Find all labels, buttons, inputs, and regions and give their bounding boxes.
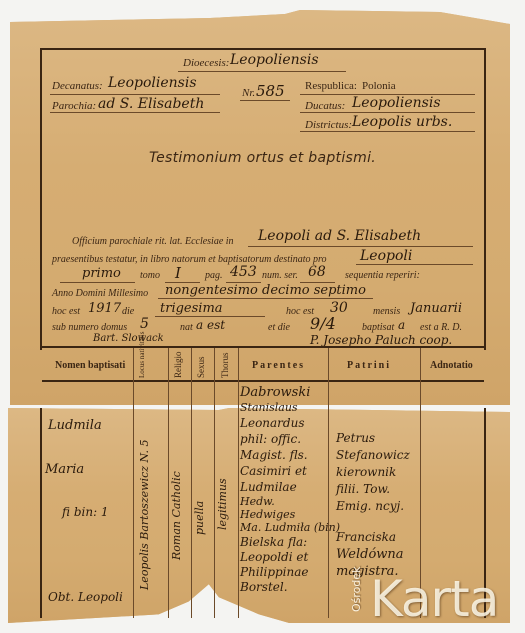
officium-label: Officium parochiale rit. lat. Ecclesiae … <box>72 236 234 247</box>
patrini-line: Stefanowicz <box>336 447 426 464</box>
patrini-line: Emig. ncyj. <box>336 498 426 515</box>
nomen-line-2: Maria <box>45 462 84 477</box>
parentes-line: Bielska fla: <box>240 535 330 550</box>
col-divider <box>238 348 239 618</box>
est-a-rd-label: est a R. D. <box>420 322 462 333</box>
watermark-karta: Karta <box>370 570 498 628</box>
patrini-cell: Petrus Stefanowicz kierownik filii. Tow.… <box>336 430 426 580</box>
col-divider <box>191 348 192 618</box>
table-header-rule <box>42 380 484 382</box>
praesentibus-label: praesentibus testatur, in libro natorum … <box>52 254 327 265</box>
parentes-line: Leopoldi et <box>240 550 330 565</box>
header-religio: Religio <box>173 352 183 379</box>
numser-value: 68 <box>308 264 326 280</box>
parochia-underline <box>50 112 220 113</box>
baptism-date-value: 9/4 <box>310 314 336 333</box>
liber-underline <box>60 282 135 283</box>
parentes-line: Magist. fls. <box>240 447 330 463</box>
sub-numero-label: sub numero domus <box>52 322 127 333</box>
parentes-line: Dabrowski <box>240 384 330 401</box>
col-divider <box>168 348 169 618</box>
number-label: Nr. <box>242 87 255 99</box>
die-label: die <box>122 306 134 317</box>
patrini-line: Franciska <box>336 529 426 546</box>
et-die-label: et die <box>268 322 290 333</box>
locus-value: Leopolis Bartoszewicz N. 5 <box>138 440 151 590</box>
districtus-value: Leopolis urbs. <box>352 114 452 130</box>
house-value: 5 <box>140 316 149 332</box>
parentes-cell: Dabrowski Stanislaus Leonardus phil: off… <box>240 384 330 595</box>
day-underline <box>155 316 265 317</box>
year-value: 1917 <box>88 301 121 316</box>
baptisat-label: baptisat <box>362 322 394 333</box>
destinato-underline <box>356 264 473 265</box>
header-parentes: Parentes <box>252 360 305 371</box>
col-divider <box>133 348 134 618</box>
tomo-label: tomo <box>140 270 160 281</box>
parentes-line: Hedwiges <box>240 508 330 521</box>
dioecesis-underline <box>178 71 346 72</box>
parentes-line: phil: offic. <box>240 431 330 447</box>
parentes-line: Stanislaus <box>240 401 330 415</box>
tomo-value: I <box>175 264 181 282</box>
decanatus-label: Decanatus: <box>52 80 103 92</box>
parochia-value: ad S. Elisabeth <box>98 96 204 112</box>
parentes-line: Philippinae <box>240 565 330 580</box>
dioecesis-value: Leopoliensis <box>230 52 319 68</box>
watermark-osrodek: Ośrodek <box>350 566 363 612</box>
decanatus-value: Leopoliensis <box>108 75 197 91</box>
parentes-line: Ma. Ludmiła (bin) <box>240 521 330 535</box>
header-thorus: Thorus <box>220 353 230 379</box>
ducatus-value: Leopoliensis <box>352 95 441 111</box>
ecclesia-value: Leopoli ad S. Elisabeth <box>258 228 421 244</box>
month-value: Januarii <box>410 301 462 316</box>
parentes-line: Leonardus <box>240 415 330 431</box>
baptisat-suffix: a <box>398 318 405 332</box>
liber-value: primo <box>82 266 121 281</box>
header-nomen: Nomen baptisati <box>55 360 125 371</box>
parochia-label: Parochia: <box>52 100 96 112</box>
anno-label: Anno Domini Millesimo <box>52 288 148 299</box>
patrini-line: kierownik <box>336 464 426 481</box>
hoc-est-label: hoc est <box>52 306 80 317</box>
sexus-value: puella <box>193 501 206 535</box>
religio-value: Roman Catholic <box>170 471 183 560</box>
nat-label: nat <box>180 322 193 333</box>
nat-suffix: a est <box>196 318 225 332</box>
parentes-line: Ludmilae <box>240 479 330 495</box>
note-value: Bart. Slowack <box>93 333 164 344</box>
ecclesia-underline <box>248 246 473 247</box>
patrini-line: Petrus <box>336 430 426 447</box>
ducatus-label: Ducatus: <box>305 100 345 112</box>
anno-underline <box>158 298 373 299</box>
districtus-label: Districtus: <box>305 119 352 131</box>
header-patrini: Patrini <box>347 360 391 371</box>
document-title: Testimonium ortus et baptismi. <box>0 150 525 166</box>
respublica-label: Respublica: <box>305 80 357 92</box>
parentes-line: Borstel. <box>240 580 330 595</box>
nomen-line-4: Obt. Leopoli <box>48 590 123 604</box>
table-top-rule <box>42 346 484 348</box>
decanatus-underline <box>50 94 220 95</box>
destinato-value: Leopoli <box>360 248 412 264</box>
nomen-line-3: fi bin: 1 <box>62 505 109 519</box>
parentes-line: Casimiri et <box>240 463 330 479</box>
day-word-value: trigesima <box>160 301 223 316</box>
anno-value: nongentesimo decimo septimo <box>165 283 366 298</box>
mensis-label: mensis <box>373 306 400 317</box>
priest-value: P. Josepho Paluch coop. <box>310 333 452 347</box>
ducatus-underline <box>300 112 475 113</box>
patrini-line: Weldówna <box>336 546 426 563</box>
numser-label: num. ser. <box>262 270 298 281</box>
header-locus: Locus nativitatis <box>138 332 146 378</box>
header-sexus: Sexus <box>196 356 206 378</box>
nomen-line-1: Ludmila <box>48 418 102 433</box>
dioecesis-label: Dioecesis: <box>183 57 229 69</box>
number-value: 585 <box>256 82 285 100</box>
sequentia-label: sequentia reperiri: <box>345 270 420 281</box>
parentes-line: Hedw. <box>240 495 330 508</box>
pag-label: pag. <box>205 270 223 281</box>
districtus-underline <box>300 131 475 132</box>
header-adnotatio: Adnotatio <box>430 360 473 371</box>
spacer <box>336 515 426 529</box>
patrini-line: filii. Tow. <box>336 481 426 498</box>
thorus-value: legitimus <box>216 478 229 530</box>
respublica-value: Polonia <box>362 80 396 92</box>
pag-value: 453 <box>230 264 257 280</box>
col-divider <box>214 348 215 618</box>
number-underline <box>240 100 290 101</box>
